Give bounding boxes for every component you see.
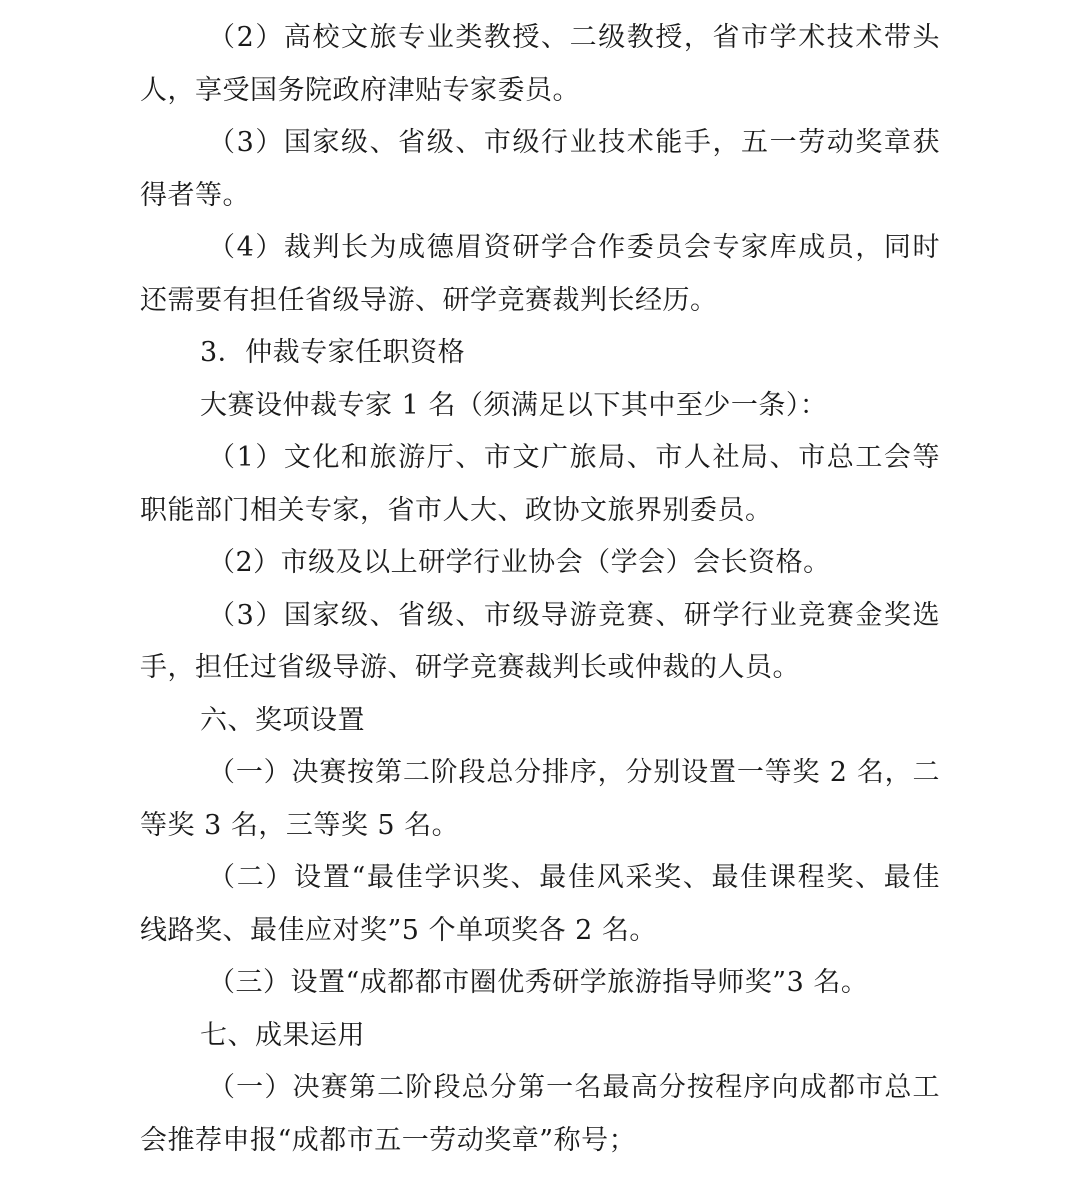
item-2-expert-qualification-cont: 人，享受国务院政府津贴专家委员。 [140, 65, 940, 118]
awards-item-2: （二）设置“最佳学识奖、最佳风采奖、最佳课程奖、最佳 [140, 852, 940, 905]
arbitration-item-3-cont: 手，担任过省级导游、研学竞赛裁判长或仲裁的人员。 [140, 642, 940, 695]
results-item-1: （一）决赛第二阶段总分第一名最高分按程序向成都市总工 [140, 1062, 940, 1115]
section-3-arbitration-heading: 3．仲裁专家任职资格 [140, 327, 940, 380]
item-2-expert-qualification: （2）高校文旅专业类教授、二级教授，省市学术技术带头 [140, 12, 940, 65]
item-3-expert-qualification-cont: 得者等。 [140, 170, 940, 223]
section-6-awards-heading: 六、奖项设置 [140, 695, 940, 748]
item-3-expert-qualification: （3）国家级、省级、市级行业技术能手，五一劳动奖章获 [140, 117, 940, 170]
awards-item-3: （三）设置“成都都市圈优秀研学旅游指导师奖”3 名。 [140, 957, 940, 1010]
arbitration-item-3: （3）国家级、省级、市级导游竞赛、研学行业竞赛金奖选 [140, 590, 940, 643]
awards-item-2-cont: 线路奖、最佳应对奖”5 个单项奖各 2 名。 [140, 905, 940, 958]
arbitration-item-1-cont: 职能部门相关专家，省市人大、政协文旅界别委员。 [140, 485, 940, 538]
results-item-1-cont: 会推荐申报“成都市五一劳动奖章”称号； [140, 1115, 940, 1168]
item-4-chief-judge-cont: 还需要有担任省级导游、研学竞赛裁判长经历。 [140, 275, 940, 328]
document-page: （2）高校文旅专业类教授、二级教授，省市学术技术带头 人，享受国务院政府津贴专家… [140, 12, 940, 1167]
section-7-results-heading: 七、成果运用 [140, 1010, 940, 1063]
arbitration-item-2: （2）市级及以上研学行业协会（学会）会长资格。 [140, 537, 940, 590]
item-4-chief-judge: （4）裁判长为成德眉资研学合作委员会专家库成员，同时 [140, 222, 940, 275]
arbitration-item-1: （1）文化和旅游厅、市文广旅局、市人社局、市总工会等 [140, 432, 940, 485]
arbitration-intro: 大赛设仲裁专家 1 名（须满足以下其中至少一条）： [140, 380, 940, 433]
awards-item-1-cont: 等奖 3 名，三等奖 5 名。 [140, 800, 940, 853]
awards-item-1: （一）决赛按第二阶段总分排序，分别设置一等奖 2 名，二 [140, 747, 940, 800]
